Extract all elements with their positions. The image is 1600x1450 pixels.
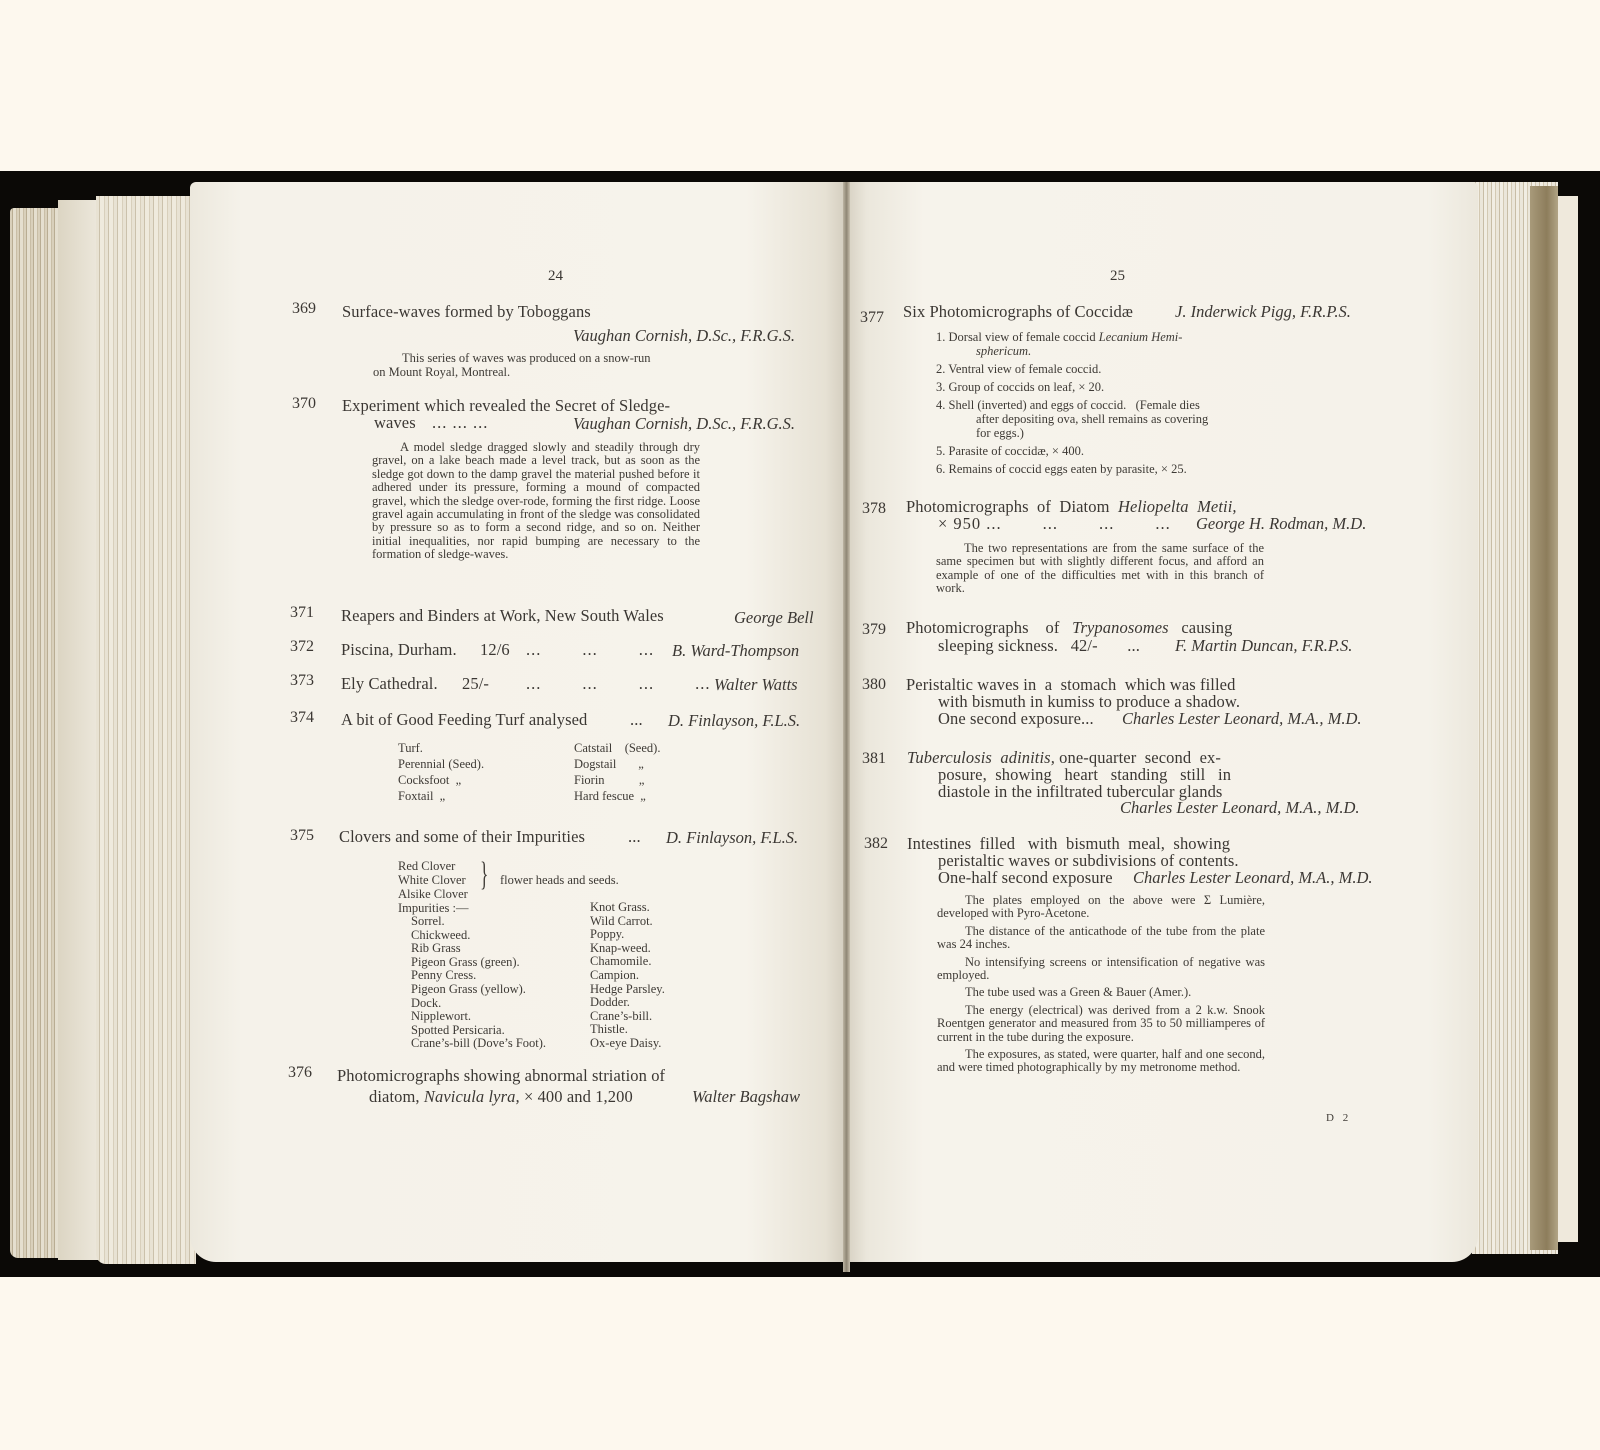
cover-board-right xyxy=(1558,196,1578,1242)
right-brace-icon: } xyxy=(480,858,488,892)
entry-title-cont: × 950 ... ... ... ... xyxy=(938,514,1171,534)
entry-author: Charles Lester Leonard, M.A., M.D. xyxy=(1122,709,1362,729)
list-item: Knap-weed. xyxy=(590,942,710,956)
list-item: Dodder. xyxy=(590,996,710,1010)
note-paragraph: A model sledge dragged slowly and steadi… xyxy=(372,441,700,562)
note-paragraph: The two representations are from the sam… xyxy=(936,542,1264,596)
entry-author: Charles Lester Leonard, M.A., M.D. xyxy=(1133,868,1373,888)
entry-number: 378 xyxy=(862,500,886,518)
numbered-item: 6. Remains of coccid eggs eaten by paras… xyxy=(936,462,1187,478)
item-number: 5. xyxy=(936,444,945,458)
list-item: Crane’s-bill (Dove’s Foot). xyxy=(411,1037,571,1051)
leader-dots: ... ... ... xyxy=(526,640,654,660)
item-number: 4. xyxy=(936,398,945,412)
entry-author: George H. Rodman, M.D. xyxy=(1196,514,1366,534)
leader-dots: ... xyxy=(628,827,641,847)
entry-number: 369 xyxy=(292,300,316,318)
item-number: 1. xyxy=(936,330,945,344)
clover-note: flower heads and seeds. xyxy=(500,873,619,889)
item-text: Ventral view of female coccid. xyxy=(948,362,1101,376)
note-paragraph: The energy (electrical) was derived from… xyxy=(937,1004,1265,1044)
item-text: Shell (inverted) and eggs of coccid. (Fe… xyxy=(949,398,1200,412)
note-paragraph: No intensifying screens or intensificati… xyxy=(937,956,1265,983)
list-item: Thistle. xyxy=(590,1023,710,1037)
magnification: × 400 and 1,200 xyxy=(524,1087,633,1106)
entry-title: Six Photomicrographs of Coccidæ xyxy=(903,302,1133,322)
list-item: Knot Grass. xyxy=(590,901,710,915)
item-text: Dorsal view of female coccid xyxy=(949,330,1096,344)
entry-price: 25/- xyxy=(462,674,489,694)
item-cont: sphericum. xyxy=(976,344,1031,360)
impurities-list-right: Knot Grass. Wild Carrot. Poppy. Knap-wee… xyxy=(590,901,710,1051)
entry-number: 373 xyxy=(290,672,314,690)
list-item: Dogstail „ xyxy=(574,757,644,773)
entry-author: George Bell xyxy=(734,608,814,628)
item-text: Parasite of coccidæ, × 400. xyxy=(949,444,1085,458)
page-number-right: 25 xyxy=(1110,268,1125,285)
numbered-item: 2. Ventral view of female coccid. xyxy=(936,362,1101,378)
note-paragraph: The tube used was a Green & Bauer (Amer.… xyxy=(937,986,1265,999)
item-text: Remains of coccid eggs eaten by parasite… xyxy=(949,462,1187,476)
signature-mark: D 2 xyxy=(1326,1112,1351,1124)
entry-author: Vaughan Cornish, D.Sc., F.R.G.S. xyxy=(573,414,795,434)
list-item: Wild Carrot. xyxy=(590,915,710,929)
species-name: Trypanosomes xyxy=(1072,618,1169,637)
list-item: Penny Cress. xyxy=(411,969,571,983)
entry-number: 377 xyxy=(860,309,884,327)
item-cont: for eggs.) xyxy=(976,426,1024,442)
entry-number: 371 xyxy=(290,604,314,622)
list-item: Ox-eye Daisy. xyxy=(590,1037,710,1051)
list-item: Cocksfoot „ xyxy=(398,773,461,789)
entry-author: F. Martin Duncan, F.R.P.S. xyxy=(1175,636,1352,656)
entry-author: Walter Watts xyxy=(714,675,798,695)
page-block-edge-right-dark xyxy=(1530,186,1558,1250)
numbered-item: 3. Group of coccids on leaf, × 20. xyxy=(936,380,1104,396)
entry-price: 12/6 xyxy=(480,640,510,660)
entry-note: on Mount Royal, Montreal. xyxy=(373,365,510,381)
list-item: Hedge Parsley. xyxy=(590,983,710,997)
list-item: Chickweed. xyxy=(411,929,571,943)
entry-number: 370 xyxy=(292,395,316,413)
book-gutter xyxy=(843,182,850,1272)
list-item: Rib Grass xyxy=(411,942,571,956)
entry-number: 382 xyxy=(864,835,888,853)
list-item: Hard fescue „ xyxy=(574,789,646,805)
species-name: Navicula lyra, xyxy=(424,1087,520,1106)
entry-author: Charles Lester Leonard, M.A., M.D. xyxy=(1120,798,1360,818)
list-item: Fiorin „ xyxy=(574,773,644,789)
title-text: Photomicrographs of xyxy=(906,618,1059,637)
entry-title-cont: waves xyxy=(374,413,416,433)
page-number-left: 24 xyxy=(548,268,563,285)
numbered-item: 1. Dorsal view of female coccid Lecanium… xyxy=(936,330,1182,346)
page-block-edge-left-inner xyxy=(58,200,98,1260)
leader-dots: ... xyxy=(630,710,643,730)
entry-author: D. Finlayson, F.L.S. xyxy=(668,711,800,731)
list-item: Turf. xyxy=(398,741,423,757)
species-name: Lecanium Hemi- xyxy=(1099,330,1183,344)
entry-number: 376 xyxy=(288,1064,312,1082)
list-item: Foxtail „ xyxy=(398,789,445,805)
list-item: Sorrel. xyxy=(411,915,571,929)
list-item: Catstail (Seed). xyxy=(574,741,660,757)
entry-author: B. Ward-Thompson xyxy=(672,641,799,661)
impurities-list-left: Sorrel. Chickweed. Rib Grass Pigeon Gras… xyxy=(411,915,571,1051)
list-item: Poppy. xyxy=(590,928,710,942)
list-item: Spotted Persicaria. xyxy=(411,1024,571,1038)
entry-number: 375 xyxy=(290,827,314,845)
entry-author: Walter Bagshaw xyxy=(692,1087,800,1107)
list-item: Nipplewort. xyxy=(411,1010,571,1024)
list-item: Crane’s-bill. xyxy=(590,1010,710,1024)
title-text: diatom, xyxy=(369,1087,420,1106)
list-item: Perennial (Seed). xyxy=(398,757,484,773)
entry-number: 374 xyxy=(290,709,314,727)
page-block-edge-left-pages xyxy=(96,196,196,1264)
entry-title: Photomicrographs showing abnormal striat… xyxy=(337,1066,665,1086)
entry-title: Piscina, Durham. xyxy=(341,640,457,660)
item-text: Group of coccids on leaf, × 20. xyxy=(949,380,1105,394)
entry-title: Ely Cathedral. xyxy=(341,674,438,694)
entry-number: 381 xyxy=(862,750,886,768)
entry-title: Photomicrographs of Trypanosomes causing xyxy=(906,618,1232,638)
entry-number: 372 xyxy=(290,638,314,656)
item-number: 3. xyxy=(936,380,945,394)
leader-dots: ... ... ... ... xyxy=(526,674,711,694)
entry-author: D. Finlayson, F.L.S. xyxy=(666,828,798,848)
list-item: Dock. xyxy=(411,997,571,1011)
entry-author: J. Inderwick Pigg, F.R.P.S. xyxy=(1175,302,1351,322)
entry-title: A bit of Good Feeding Turf analysed xyxy=(341,710,587,730)
leader-dots: ... ... ... xyxy=(432,413,488,433)
entry-title: Surface-waves formed by Toboggans xyxy=(342,302,591,322)
title-text: causing xyxy=(1181,618,1232,637)
list-item: Chamomile. xyxy=(590,955,710,969)
item-number: 2. xyxy=(936,362,945,376)
entry-title: Reapers and Binders at Work, New South W… xyxy=(341,606,664,626)
item-number: 6. xyxy=(936,462,945,476)
entry-title: Clovers and some of their Impurities xyxy=(339,827,585,847)
entry-title-cont: sleeping sickness. 42/- ... xyxy=(938,636,1140,656)
entry-note: A model sledge dragged slowly and steadi… xyxy=(372,441,700,562)
entry-number: 379 xyxy=(862,621,886,639)
list-item: Campion. xyxy=(590,969,710,983)
note-paragraph: The distance of the anticathode of the t… xyxy=(937,925,1265,952)
entry-title-cont: One second exposure... xyxy=(938,709,1094,729)
entry-number: 380 xyxy=(862,676,886,694)
numbered-item: 5. Parasite of coccidæ, × 400. xyxy=(936,444,1084,460)
entry-title-cont: One-half second exposure xyxy=(938,868,1113,888)
entry-author: Vaughan Cornish, D.Sc., F.R.G.S. xyxy=(573,326,795,346)
list-item: Pigeon Grass (yellow). xyxy=(411,983,571,997)
entry-note: The two representations are from the sam… xyxy=(936,542,1264,596)
entry-title-cont: diatom, Navicula lyra, × 400 and 1,200 xyxy=(369,1087,633,1107)
note-paragraph: The plates employed on the above were Σ … xyxy=(937,894,1265,921)
list-item: Pigeon Grass (green). xyxy=(411,956,571,970)
entry-notes: The plates employed on the above were Σ … xyxy=(937,894,1265,1079)
note-paragraph: The exposures, as stated, were quarter, … xyxy=(937,1048,1265,1075)
